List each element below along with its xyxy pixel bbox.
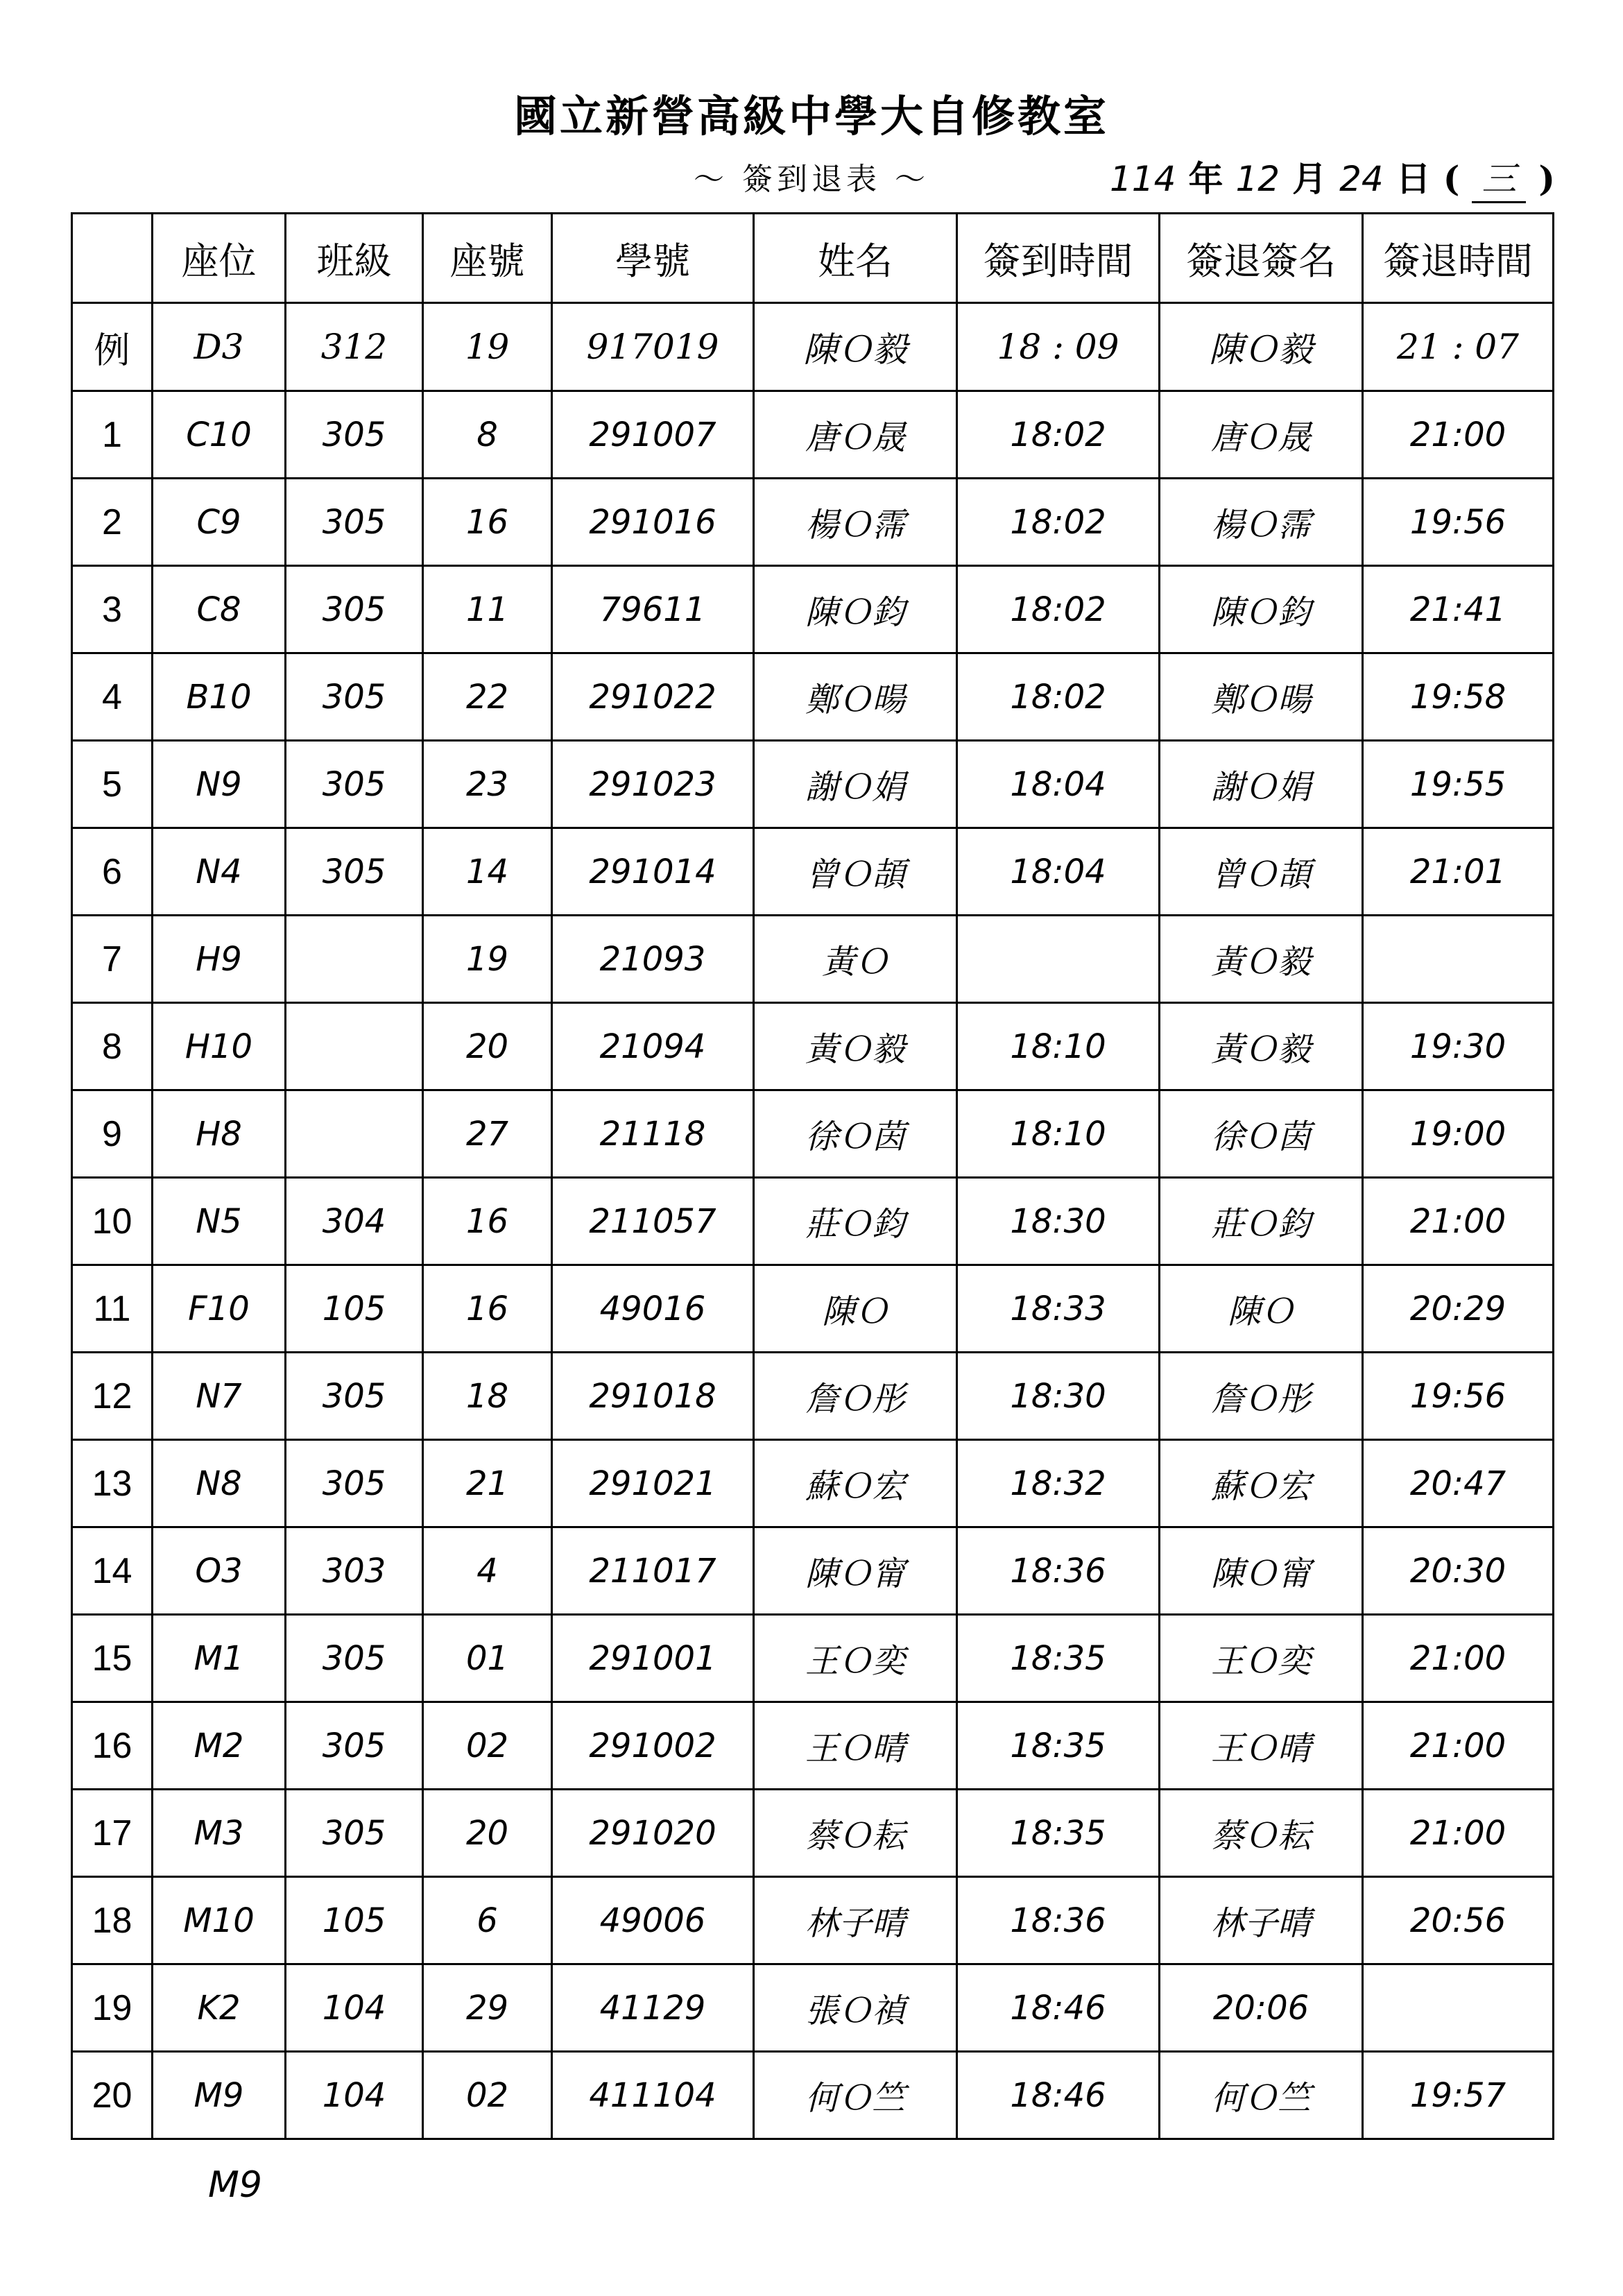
row-number: 18: [72, 1877, 153, 1964]
table-row: 20M910402411104何Ｏ竺18:46何Ｏ竺19:57: [72, 2052, 1554, 2139]
seat-cell: M9: [153, 2052, 286, 2139]
table-row: 9H82721118徐Ｏ茵18:10徐Ｏ茵19:00: [72, 1090, 1554, 1178]
col-header-seat: 座位: [153, 214, 286, 303]
student-id-cell: 291016: [552, 479, 754, 566]
student-id-cell: 291002: [552, 1702, 754, 1790]
name-cell: 謝Ｏ娟: [754, 741, 957, 828]
table-row: 12N730518291018詹Ｏ彤18:30詹Ｏ彤19:56: [72, 1353, 1554, 1440]
name-cell: 徐Ｏ茵: [754, 1090, 957, 1178]
checkout-time-cell: 21:41: [1363, 566, 1554, 653]
example-label: 例: [72, 303, 153, 391]
date-month-unit: 月: [1292, 151, 1327, 201]
seat-no-cell: 20: [423, 1790, 552, 1877]
row-number: 12: [72, 1353, 153, 1440]
table-row: 13N830521291021蘇Ｏ宏18:32蘇Ｏ宏20:47: [72, 1440, 1554, 1527]
name-cell: 陳Ｏ: [754, 1265, 957, 1353]
date-year: 114: [1110, 159, 1176, 199]
table-row: 2C930516291016楊Ｏ霈18:02楊Ｏ霈19:56: [72, 479, 1554, 566]
example-seat: D3: [153, 303, 286, 391]
class-cell: 305: [286, 566, 423, 653]
seat-cell: B10: [153, 653, 286, 741]
seat-no-cell: 23: [423, 741, 552, 828]
seat-cell: N5: [153, 1178, 286, 1265]
seat-no-cell: 02: [423, 2052, 552, 2139]
seat-no-cell: 18: [423, 1353, 552, 1440]
seat-no-cell: 21: [423, 1440, 552, 1527]
checkin-time-cell: 18:33: [957, 1265, 1160, 1353]
seat-cell: C9: [153, 479, 286, 566]
seat-cell: H9: [153, 916, 286, 1003]
seat-no-cell: 22: [423, 653, 552, 741]
student-id-cell: 211057: [552, 1178, 754, 1265]
example-student-id: 917019: [552, 303, 754, 391]
row-number: 20: [72, 2052, 153, 2139]
class-cell: 303: [286, 1527, 423, 1615]
col-header-student-id: 學號: [552, 214, 754, 303]
seat-no-cell: 16: [423, 479, 552, 566]
checkout-sign-cell: 林子晴: [1160, 1877, 1363, 1964]
seat-no-cell: 27: [423, 1090, 552, 1178]
checkout-sign-cell: 蘇Ｏ宏: [1160, 1440, 1363, 1527]
checkin-time-cell: 18:30: [957, 1178, 1160, 1265]
name-cell: 何Ｏ竺: [754, 2052, 957, 2139]
date-close-paren: ): [1538, 158, 1555, 199]
seat-no-cell: 29: [423, 1964, 552, 2052]
class-cell: 305: [286, 1615, 423, 1702]
example-checkout: 21 : 07: [1363, 303, 1554, 391]
checkout-time-cell: 20:56: [1363, 1877, 1554, 1964]
checkin-time-cell: 18:35: [957, 1702, 1160, 1790]
checkout-sign-cell: 楊Ｏ霈: [1160, 479, 1363, 566]
table-row: 7H91921093黃Ｏ黃Ｏ毅: [72, 916, 1554, 1003]
checkout-time-cell: 21:00: [1363, 1790, 1554, 1877]
seat-no-cell: 4: [423, 1527, 552, 1615]
checkout-sign-cell: 何Ｏ竺: [1160, 2052, 1363, 2139]
checkout-time-cell: 19:00: [1363, 1090, 1554, 1178]
checkin-time-cell: [957, 916, 1160, 1003]
row-number: 14: [72, 1527, 153, 1615]
date-day: 24: [1339, 159, 1384, 199]
table-row: 18M10105649006林子晴18:36林子晴20:56: [72, 1877, 1554, 1964]
table-row: 3C83051179611陳Ｏ鈞18:02陳Ｏ鈞21:41: [72, 566, 1554, 653]
row-number: 2: [72, 479, 153, 566]
student-id-cell: 291022: [552, 653, 754, 741]
row-number: 17: [72, 1790, 153, 1877]
name-cell: 唐Ｏ晟: [754, 391, 957, 479]
checkout-sign-cell: 蔡Ｏ耘: [1160, 1790, 1363, 1877]
seat-no-cell: 02: [423, 1702, 552, 1790]
checkout-time-cell: 21:00: [1363, 1178, 1554, 1265]
date-month: 12: [1235, 159, 1280, 199]
date-weekday: 三: [1472, 151, 1526, 203]
seat-cell: M3: [153, 1790, 286, 1877]
student-id-cell: 291007: [552, 391, 754, 479]
col-header-checkin-time: 簽到時間: [957, 214, 1160, 303]
seat-no-cell: 20: [423, 1003, 552, 1090]
class-cell: 305: [286, 1790, 423, 1877]
checkout-sign-cell: 莊Ｏ鈞: [1160, 1178, 1363, 1265]
form-title: 國立新營高級中學大自修教室: [0, 82, 1623, 144]
class-cell: 104: [286, 2052, 423, 2139]
student-id-cell: 21093: [552, 916, 754, 1003]
table-row: 19K21042941129張Ｏ禎18:4620:06: [72, 1964, 1554, 2052]
name-cell: 鄭Ｏ暘: [754, 653, 957, 741]
checkout-sign-cell: 陳Ｏ甯: [1160, 1527, 1363, 1615]
row-number: 6: [72, 828, 153, 916]
row20-seat-correction-note: M9: [208, 2164, 262, 2206]
table-row: 6N430514291014曾Ｏ頡18:04曾Ｏ頡21:01: [72, 828, 1554, 916]
checkin-time-cell: 18:04: [957, 741, 1160, 828]
student-id-cell: 211017: [552, 1527, 754, 1615]
student-id-cell: 291020: [552, 1790, 754, 1877]
seat-cell: N8: [153, 1440, 286, 1527]
seat-cell: C8: [153, 566, 286, 653]
table-row: 14O33034211017陳Ｏ甯18:36陳Ｏ甯20:30: [72, 1527, 1554, 1615]
example-checkin: 18 : 09: [957, 303, 1160, 391]
checkout-time-cell: 20:29: [1363, 1265, 1554, 1353]
example-seat-no: 19: [423, 303, 552, 391]
student-id-cell: 291023: [552, 741, 754, 828]
class-cell: 304: [286, 1178, 423, 1265]
checkout-time-cell: 19:56: [1363, 479, 1554, 566]
checkin-time-cell: 18:10: [957, 1003, 1160, 1090]
row-number: 3: [72, 566, 153, 653]
col-header-checkout-sign: 簽退簽名: [1160, 214, 1363, 303]
seat-no-cell: 19: [423, 916, 552, 1003]
student-id-cell: 21094: [552, 1003, 754, 1090]
checkout-sign-cell: 唐Ｏ晟: [1160, 391, 1363, 479]
row-number: 7: [72, 916, 153, 1003]
table-row: 8H102021094黃Ｏ毅18:10黃Ｏ毅19:30: [72, 1003, 1554, 1090]
table-header-row: 座位 班級 座號 學號 姓名 簽到時間 簽退簽名 簽退時間: [72, 214, 1554, 303]
name-cell: 詹Ｏ彤: [754, 1353, 957, 1440]
checkin-time-cell: 18:04: [957, 828, 1160, 916]
student-id-cell: 291018: [552, 1353, 754, 1440]
checkout-sign-cell: 黃Ｏ毅: [1160, 916, 1363, 1003]
checkin-time-cell: 18:10: [957, 1090, 1160, 1178]
table-row: 5N930523291023謝Ｏ娟18:04謝Ｏ娟19:55: [72, 741, 1554, 828]
student-id-cell: 21118: [552, 1090, 754, 1178]
class-cell: 305: [286, 391, 423, 479]
name-cell: 蘇Ｏ宏: [754, 1440, 957, 1527]
name-cell: 黃Ｏ: [754, 916, 957, 1003]
checkin-time-cell: 18:46: [957, 1964, 1160, 2052]
seat-cell: N7: [153, 1353, 286, 1440]
checkout-time-cell: 19:57: [1363, 2052, 1554, 2139]
seat-cell: K2: [153, 1964, 286, 2052]
row-number: 19: [72, 1964, 153, 2052]
checkout-time-cell: 20:30: [1363, 1527, 1554, 1615]
date-open-paren: (: [1443, 158, 1460, 199]
col-header-name: 姓名: [754, 214, 957, 303]
row-number: 16: [72, 1702, 153, 1790]
row-number: 1: [72, 391, 153, 479]
seat-cell: C10: [153, 391, 286, 479]
seat-cell: F10: [153, 1265, 286, 1353]
date-day-unit: 日: [1396, 151, 1431, 201]
seat-cell: O3: [153, 1527, 286, 1615]
date-year-unit: 年: [1188, 151, 1223, 201]
col-header-index: [72, 214, 153, 303]
col-header-checkout-time: 簽退時間: [1363, 214, 1554, 303]
name-cell: 張Ｏ禎: [754, 1964, 957, 2052]
table-row: 11F101051649016陳Ｏ18:33陳Ｏ20:29: [72, 1265, 1554, 1353]
row-number: 15: [72, 1615, 153, 1702]
table-row: 4B1030522291022鄭Ｏ暘18:02鄭Ｏ暘19:58: [72, 653, 1554, 741]
checkin-time-cell: 18:46: [957, 2052, 1160, 2139]
checkout-time-cell: [1363, 916, 1554, 1003]
checkin-time-cell: 18:02: [957, 653, 1160, 741]
table-row: 1C103058291007唐Ｏ晟18:02唐Ｏ晟21:00: [72, 391, 1554, 479]
checkin-time-cell: 18:35: [957, 1790, 1160, 1877]
form-subtitle: ～ 簽到退表 ～: [694, 154, 929, 198]
class-cell: 105: [286, 1265, 423, 1353]
student-id-cell: 291001: [552, 1615, 754, 1702]
seat-no-cell: 16: [423, 1178, 552, 1265]
class-cell: 305: [286, 828, 423, 916]
name-cell: 蔡Ｏ耘: [754, 1790, 957, 1877]
seat-cell: M10: [153, 1877, 286, 1964]
seat-no-cell: 14: [423, 828, 552, 916]
form-date: 114 年 12 月 24 日 ( 三 ): [1110, 151, 1555, 203]
checkin-time-cell: 18:36: [957, 1527, 1160, 1615]
student-id-cell: 291021: [552, 1440, 754, 1527]
example-name: 陳Ｏ毅: [754, 303, 957, 391]
row-number: 13: [72, 1440, 153, 1527]
student-id-cell: 291014: [552, 828, 754, 916]
col-header-class: 班級: [286, 214, 423, 303]
seat-no-cell: 6: [423, 1877, 552, 1964]
seat-cell: N9: [153, 741, 286, 828]
student-id-cell: 79611: [552, 566, 754, 653]
checkout-time-cell: 21:00: [1363, 391, 1554, 479]
name-cell: 王Ｏ奕: [754, 1615, 957, 1702]
checkout-sign-cell: 謝Ｏ娟: [1160, 741, 1363, 828]
checkout-time-cell: 20:47: [1363, 1440, 1554, 1527]
seat-no-cell: 01: [423, 1615, 552, 1702]
example-row: 例 D3 312 19 917019 陳Ｏ毅 18 : 09 陳Ｏ毅 21 : …: [72, 303, 1554, 391]
student-id-cell: 41129: [552, 1964, 754, 2052]
seat-cell: N4: [153, 828, 286, 916]
class-cell: 305: [286, 1702, 423, 1790]
name-cell: 陳Ｏ甯: [754, 1527, 957, 1615]
row-number: 8: [72, 1003, 153, 1090]
checkin-time-cell: 18:32: [957, 1440, 1160, 1527]
row-number: 11: [72, 1265, 153, 1353]
seat-no-cell: 16: [423, 1265, 552, 1353]
name-cell: 曾Ｏ頡: [754, 828, 957, 916]
seat-no-cell: 11: [423, 566, 552, 653]
class-cell: 305: [286, 1353, 423, 1440]
checkin-time-cell: 18:02: [957, 391, 1160, 479]
col-header-seat-no: 座號: [423, 214, 552, 303]
table-row: 17M330520291020蔡Ｏ耘18:35蔡Ｏ耘21:00: [72, 1790, 1554, 1877]
checkout-time-cell: 19:58: [1363, 653, 1554, 741]
checkout-sign-cell: 陳Ｏ: [1160, 1265, 1363, 1353]
table-row: 10N530416211057莊Ｏ鈞18:30莊Ｏ鈞21:00: [72, 1178, 1554, 1265]
checkin-time-cell: 18:02: [957, 479, 1160, 566]
class-cell: [286, 1003, 423, 1090]
checkout-sign-cell: 徐Ｏ茵: [1160, 1090, 1363, 1178]
seat-no-cell: 8: [423, 391, 552, 479]
checkout-time-cell: [1363, 1964, 1554, 2052]
class-cell: 305: [286, 479, 423, 566]
checkout-sign-cell: 詹Ｏ彤: [1160, 1353, 1363, 1440]
checkout-sign-cell: 陳Ｏ鈞: [1160, 566, 1363, 653]
table-row: 16M230502291002王Ｏ晴18:35王Ｏ晴21:00: [72, 1702, 1554, 1790]
checkout-sign-cell: 王Ｏ晴: [1160, 1702, 1363, 1790]
class-cell: 305: [286, 1440, 423, 1527]
name-cell: 莊Ｏ鈞: [754, 1178, 957, 1265]
checkout-sign-cell: 黃Ｏ毅: [1160, 1003, 1363, 1090]
name-cell: 黃Ｏ毅: [754, 1003, 957, 1090]
example-class: 312: [286, 303, 423, 391]
name-cell: 林子晴: [754, 1877, 957, 1964]
class-cell: 305: [286, 741, 423, 828]
class-cell: [286, 1090, 423, 1178]
checkout-time-cell: 19:55: [1363, 741, 1554, 828]
row-number: 5: [72, 741, 153, 828]
checkout-sign-cell: 曾Ｏ頡: [1160, 828, 1363, 916]
checkout-sign-cell: 鄭Ｏ暘: [1160, 653, 1363, 741]
class-cell: 105: [286, 1877, 423, 1964]
checkout-time-cell: 19:30: [1363, 1003, 1554, 1090]
student-id-cell: 411104: [552, 2052, 754, 2139]
table-row: 15M130501291001王Ｏ奕18:35王Ｏ奕21:00: [72, 1615, 1554, 1702]
checkin-time-cell: 18:36: [957, 1877, 1160, 1964]
checkout-time-cell: 21:01: [1363, 828, 1554, 916]
checkout-time-cell: 21:00: [1363, 1615, 1554, 1702]
name-cell: 王Ｏ晴: [754, 1702, 957, 1790]
student-id-cell: 49016: [552, 1265, 754, 1353]
name-cell: 陳Ｏ鈞: [754, 566, 957, 653]
class-cell: 305: [286, 653, 423, 741]
row-number: 4: [72, 653, 153, 741]
checkout-sign-cell: 王Ｏ奕: [1160, 1615, 1363, 1702]
class-cell: 104: [286, 1964, 423, 2052]
seat-cell: M2: [153, 1702, 286, 1790]
name-cell: 楊Ｏ霈: [754, 479, 957, 566]
checkout-time-cell: 19:56: [1363, 1353, 1554, 1440]
class-cell: [286, 916, 423, 1003]
row-number: 10: [72, 1178, 153, 1265]
signin-table: 座位 班級 座號 學號 姓名 簽到時間 簽退簽名 簽退時間 例 D3 312 1…: [71, 212, 1554, 2140]
checkin-time-cell: 18:02: [957, 566, 1160, 653]
checkout-time-cell: 21:00: [1363, 1702, 1554, 1790]
example-checkout-sign: 陳Ｏ毅: [1160, 303, 1363, 391]
student-id-cell: 49006: [552, 1877, 754, 1964]
checkin-time-cell: 18:30: [957, 1353, 1160, 1440]
checkin-time-cell: 18:35: [957, 1615, 1160, 1702]
row-number: 9: [72, 1090, 153, 1178]
checkout-sign-cell: 20:06: [1160, 1964, 1363, 2052]
seat-cell: M1: [153, 1615, 286, 1702]
seat-cell: H10: [153, 1003, 286, 1090]
seat-cell: H8: [153, 1090, 286, 1178]
